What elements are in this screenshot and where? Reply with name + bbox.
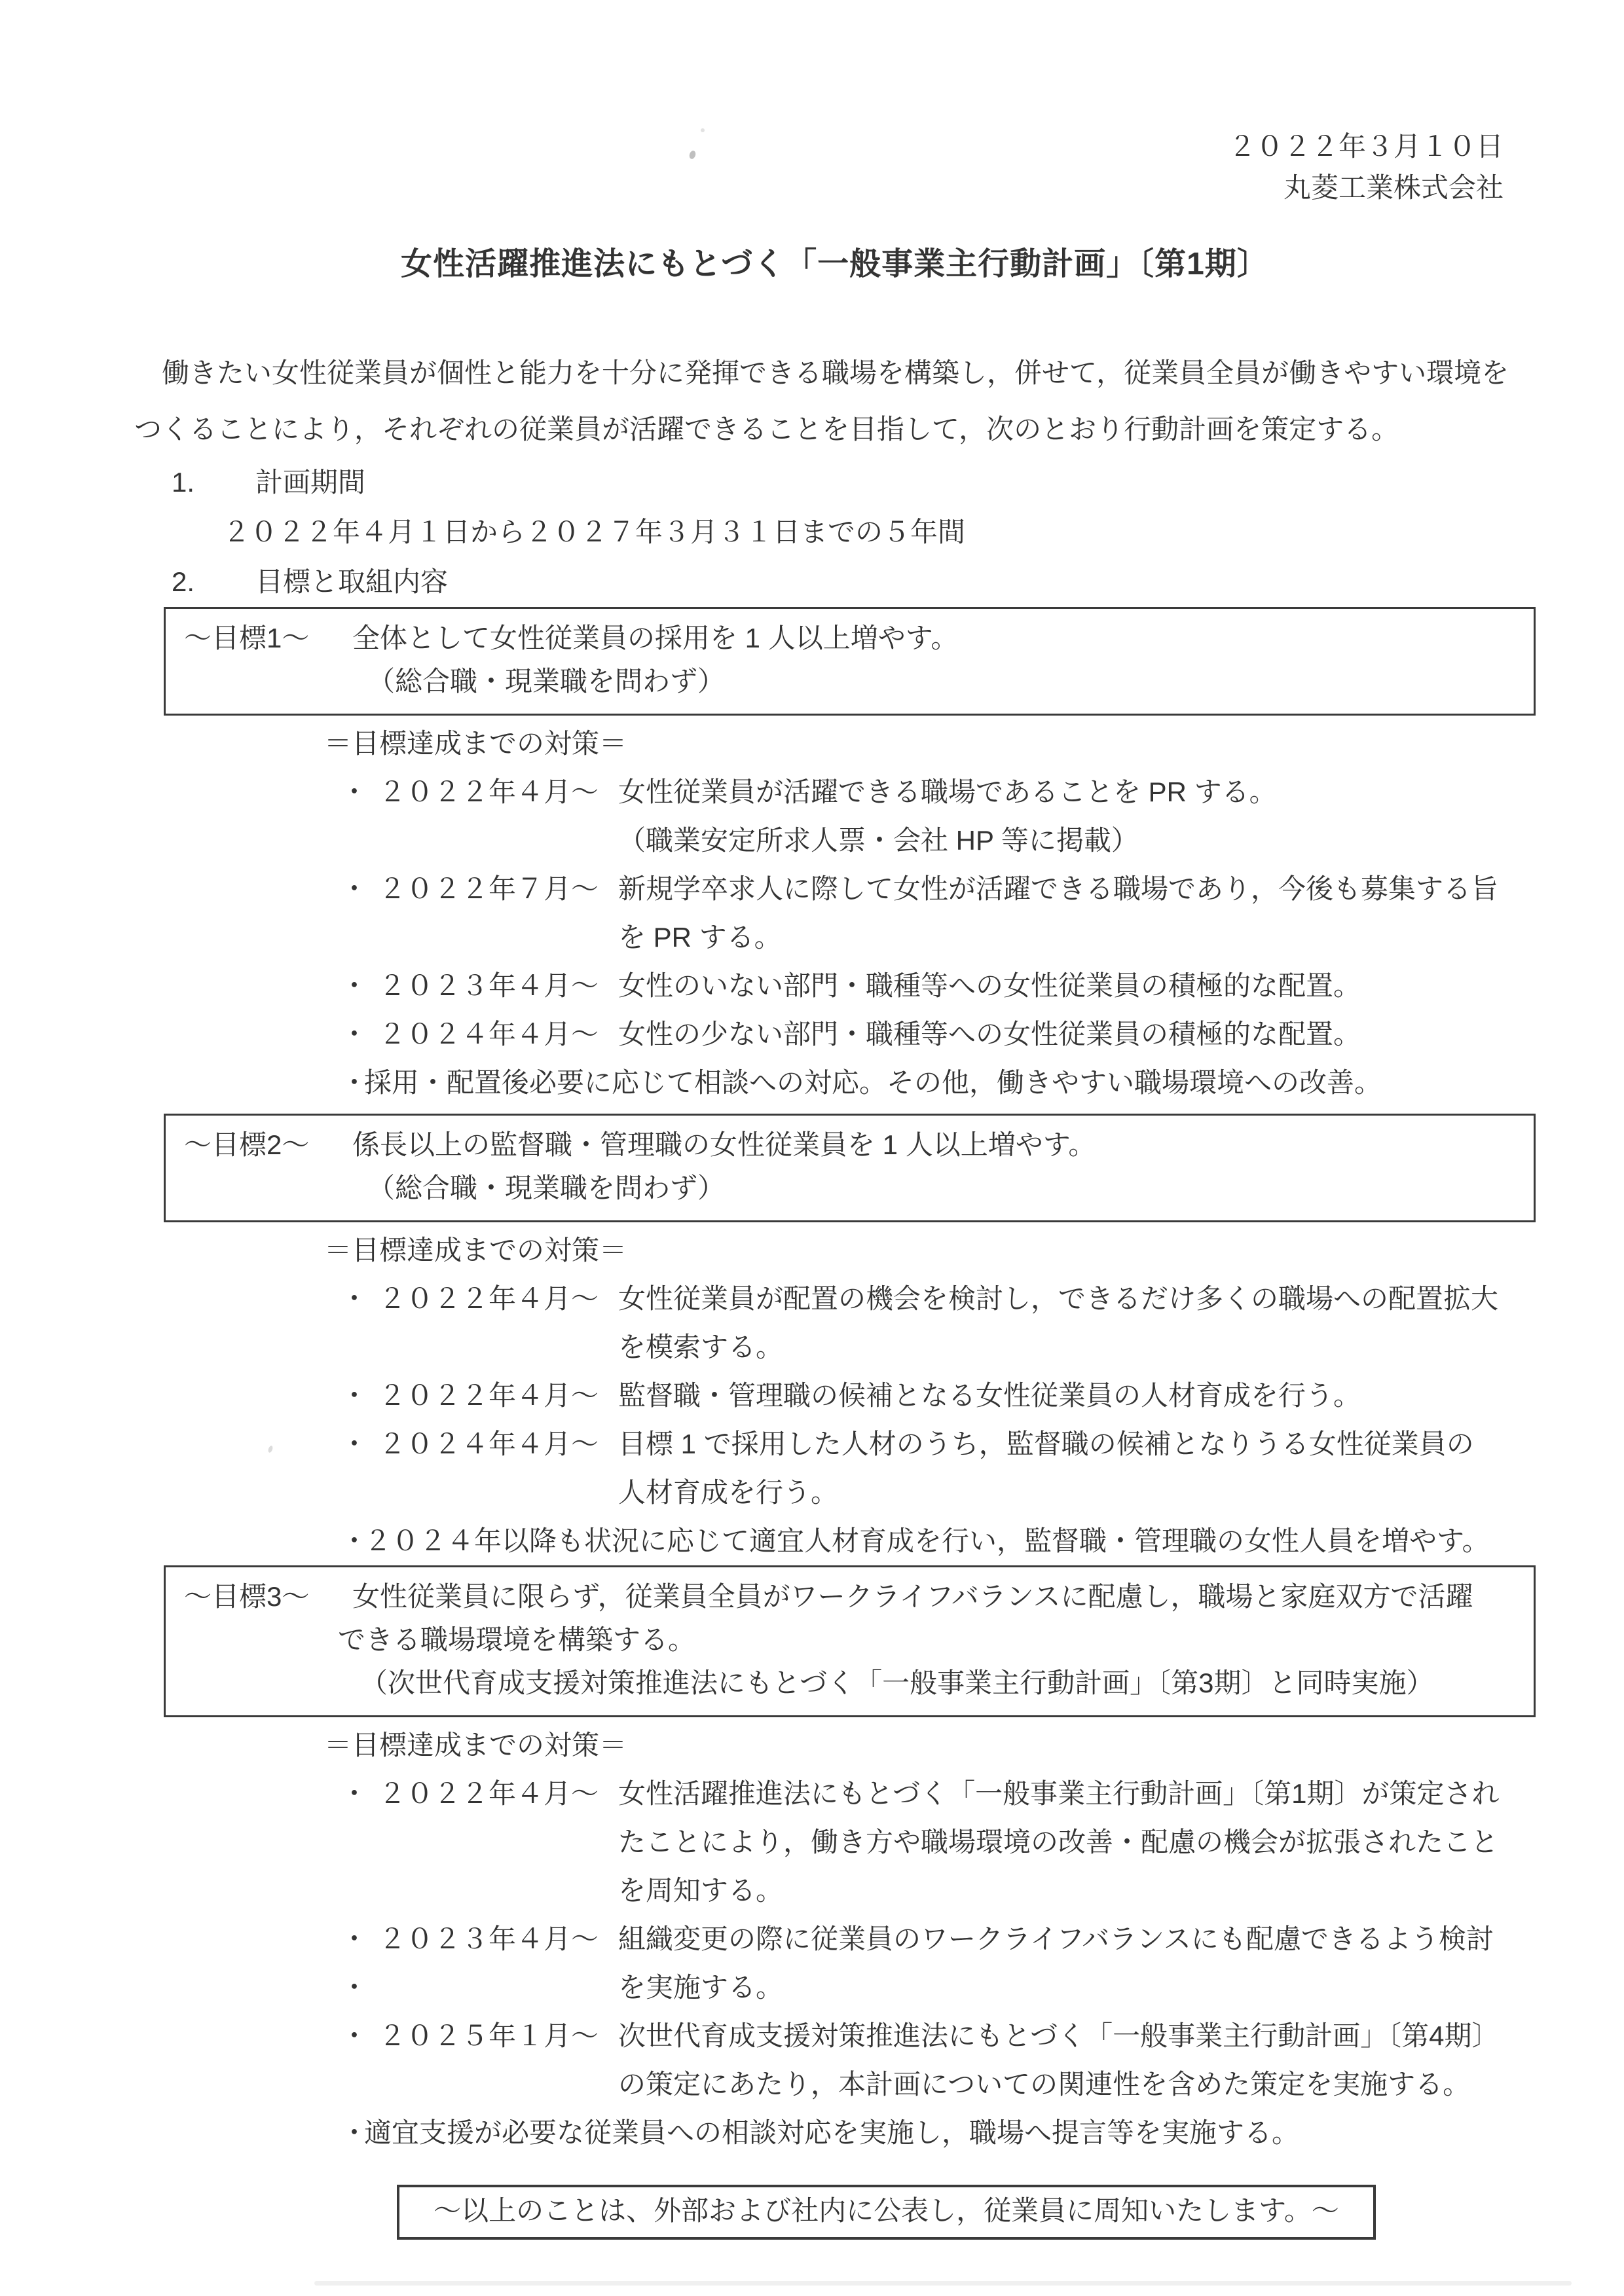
footer-notice-box: ～以上のことは、外部および社内に公表し，従業員に周知いたします。～ bbox=[397, 2185, 1376, 2240]
section-2-heading: 2. 目標と取組内容 bbox=[172, 557, 1624, 607]
goal-3-text: 女性従業員に限らず，従業員全員がワークライフバランスに配慮し，職場と家庭双方で活… bbox=[352, 1575, 1473, 1618]
measure-row: ・ ２０２２年４月～ 女性活躍推進法にもとづく「一般事業主行動計画」〔第1期〕が… bbox=[341, 1770, 1532, 1915]
measure-row: ・ ２０２４年４月～ 目標 1 で採用した人材のうち，監督職の候補となりうる女性… bbox=[341, 1420, 1532, 1517]
measure-text: 次世代育成支援対策推進法にもとづく「一般事業主行動計画」〔第4期〕 の策定にあた… bbox=[618, 2012, 1500, 2109]
measure-text: 女性従業員が配置の機会を検討し，できるだけ多くの職場への配置拡大 を模索する。 bbox=[618, 1275, 1498, 1372]
measure-date: ２０２３年４月～ bbox=[378, 962, 618, 1010]
measure-row: ・ 適宜支援が必要な従業員への相談対応を実施し，職場へ提言等を実施する。 bbox=[341, 2109, 1532, 2157]
goal-1-measures-list: ・ ２０２２年４月～ 女性従業員が活躍できる職場であることを PR する。 （職… bbox=[341, 768, 1532, 1107]
measure-text: 目標 1 で採用した人材のうち，監督職の候補となりうる女性従業員の 人材育成を行… bbox=[618, 1420, 1474, 1517]
measure-row: ・ ２０２２年４月～ 女性従業員が活躍できる職場であることを PR する。 （職… bbox=[341, 768, 1532, 865]
measure-date: ２０２２年４月～ bbox=[378, 1770, 618, 1915]
document-page: { "doc": { "date": "２０２２年３月１０日", "compan… bbox=[0, 0, 1624, 2296]
measure-row: ・ ２０２４年４月～ 女性の少ない部門・職種等への女性従業員の積極的な配置。 bbox=[341, 1010, 1532, 1059]
goal-2-label: ～目標2～ bbox=[184, 1123, 352, 1167]
bullet-marker: ・ bbox=[341, 1010, 378, 1059]
goal-2-text: 係長以上の監督職・管理職の女性従業員を 1 人以上増やす。 bbox=[352, 1123, 1096, 1167]
section-1-number: 1. bbox=[172, 458, 255, 507]
measure-date: ２０２５年１月～ bbox=[378, 2012, 618, 2109]
goal-1-text: 全体として女性従業員の採用を 1 人以上増やす。 bbox=[352, 617, 958, 660]
bullet-marker: ・ bbox=[341, 2012, 378, 2109]
measure-text: 女性のいない部門・職種等への女性従業員の積極的な配置。 bbox=[618, 962, 1361, 1010]
goal-2-line1: ～目標2～ 係長以上の監督職・管理職の女性従業員を 1 人以上増やす。 bbox=[184, 1123, 1521, 1167]
goal-2-measures-header: ＝目標達成までの対策＝ bbox=[324, 1226, 1624, 1275]
measure-text: 女性活躍推進法にもとづく「一般事業主行動計画」〔第1期〕が策定され たことにより… bbox=[618, 1770, 1500, 1915]
bullet-marker: ・ bbox=[341, 1517, 364, 1565]
bullet-marker: ・ bbox=[341, 1770, 378, 1915]
measure-text: 女性の少ない部門・職種等への女性従業員の積極的な配置。 bbox=[618, 1010, 1361, 1059]
bullet-marker: ・ ・ bbox=[341, 1915, 378, 2012]
section-1-label: 計画期間 bbox=[255, 458, 365, 507]
measure-date: ２０２２年４月～ bbox=[378, 768, 618, 865]
goal-1-box: ～目標1～ 全体として女性従業員の採用を 1 人以上増やす。 （総合職・現業職を… bbox=[164, 607, 1536, 716]
goal-2-line2: （総合職・現業職を問わず） bbox=[184, 1167, 1521, 1210]
goal-3-label: ～目標3～ bbox=[184, 1575, 352, 1618]
measure-row: ・ 採用・配置後必要に応じて相談への対応。その他，働きやすい職場環境への改善。 bbox=[341, 1059, 1532, 1107]
goal-3-box: ～目標3～ 女性従業員に限らず，従業員全員がワークライフバランスに配慮し，職場と… bbox=[164, 1565, 1536, 1717]
measure-row: ・ ２０２２年４月～ 女性従業員が配置の機会を検討し，できるだけ多くの職場への配… bbox=[341, 1275, 1532, 1372]
measure-text: ２０２４年以降も状況に応じて適宜人材育成を行い，監督職・管理職の女性人員を増やす… bbox=[364, 1517, 1490, 1565]
bullet-marker: ・ bbox=[341, 1275, 378, 1372]
measure-date: ２０２４年４月～ bbox=[378, 1010, 618, 1059]
document-header: ２０２２年３月１０日 丸菱工業株式会社 bbox=[0, 126, 1624, 208]
bullet-marker: ・ bbox=[341, 865, 378, 962]
measure-date: ２０２２年４月～ bbox=[378, 1372, 618, 1420]
plan-period-text: ２０２２年４月１日から２０２７年３月３１日までの５年間 bbox=[223, 507, 1624, 557]
measure-text: 採用・配置後必要に応じて相談への対応。その他，働きやすい職場環境への改善。 bbox=[364, 1059, 1382, 1107]
scan-speckle bbox=[267, 1445, 273, 1453]
goal-1-label: ～目標1～ bbox=[184, 617, 352, 660]
goal-3-measures-list: ・ ２０２２年４月～ 女性活躍推進法にもとづく「一般事業主行動計画」〔第1期〕が… bbox=[341, 1770, 1532, 2157]
section-2-label: 目標と取組内容 bbox=[255, 557, 448, 607]
measure-row: ・ ２０２５年１月～ 次世代育成支援対策推進法にもとづく「一般事業主行動計画」〔… bbox=[341, 2012, 1532, 2109]
measure-row: ・ ２０２４年以降も状況に応じて適宜人材育成を行い，監督職・管理職の女性人員を増… bbox=[341, 1517, 1532, 1565]
company-name: 丸菱工業株式会社 bbox=[0, 167, 1504, 208]
measure-date: ２０２４年４月～ bbox=[378, 1420, 618, 1517]
section-2-number: 2. bbox=[172, 557, 255, 607]
measure-text: 監督職・管理職の候補となる女性従業員の人材育成を行う。 bbox=[618, 1372, 1361, 1420]
goal-1-measures-header: ＝目標達成までの対策＝ bbox=[324, 720, 1624, 768]
goal-2-measures-list: ・ ２０２２年４月～ 女性従業員が配置の機会を検討し，できるだけ多くの職場への配… bbox=[341, 1275, 1532, 1565]
measure-text: 組織変更の際に従業員のワークライフバランスにも配慮できるよう検討 を実施する。 bbox=[618, 1915, 1494, 2012]
measure-text: 適宜支援が必要な従業員への相談対応を実施し，職場へ提言等を実施する。 bbox=[364, 2109, 1299, 2157]
section-1-heading: 1. 計画期間 bbox=[172, 458, 1624, 507]
goal-3-measures-header: ＝目標達成までの対策＝ bbox=[324, 1721, 1624, 1770]
scan-speckle bbox=[701, 128, 705, 132]
goal-1-line1: ～目標1～ 全体として女性従業員の採用を 1 人以上増やす。 bbox=[184, 617, 1521, 660]
document-date: ２０２２年３月１０日 bbox=[0, 126, 1504, 167]
bullet-marker: ・ bbox=[341, 1420, 378, 1517]
goal-2-box: ～目標2～ 係長以上の監督職・管理職の女性従業員を 1 人以上増やす。 （総合職… bbox=[164, 1114, 1536, 1222]
measure-row: ・ ・ ２０２３年４月～ 組織変更の際に従業員のワークライフバランスにも配慮でき… bbox=[341, 1915, 1532, 2012]
bullet-marker: ・ bbox=[341, 768, 378, 865]
measure-row: ・ ２０２２年４月～ 監督職・管理職の候補となる女性従業員の人材育成を行う。 bbox=[341, 1372, 1532, 1420]
goal-3-line2: できる職場環境を構築する。 bbox=[184, 1618, 1521, 1662]
goal-1-line2: （総合職・現業職を問わず） bbox=[184, 660, 1521, 703]
goal-3-line1: ～目標3～ 女性従業員に限らず，従業員全員がワークライフバランスに配慮し，職場と… bbox=[184, 1575, 1521, 1618]
measure-date: ２０２２年４月～ bbox=[378, 1275, 618, 1372]
measure-date: ２０２３年４月～ bbox=[378, 1915, 618, 2012]
measure-date: ２０２２年７月～ bbox=[378, 865, 618, 962]
measure-text: 新規学卒求人に際して女性が活躍できる職場であり，今後も募集する旨 を PR する… bbox=[618, 865, 1498, 962]
goal-3-line3: （次世代育成支援対策推進法にもとづく「一般事業主行動計画」〔第3期〕と同時実施） bbox=[184, 1662, 1521, 1705]
measure-text: 女性従業員が活躍できる職場であることを PR する。 （職業安定所求人票・会社 … bbox=[618, 768, 1277, 865]
bullet-marker: ・ bbox=[341, 1372, 378, 1420]
measure-row: ・ ２０２２年７月～ 新規学卒求人に際して女性が活躍できる職場であり，今後も募集… bbox=[341, 865, 1532, 962]
document-title: 女性活躍推進法にもとづく「一般事業主行動計画」〔第1期〕 bbox=[0, 238, 1624, 283]
intro-paragraph: 働きたい女性従業員が個性と能力を十分に発揮できる職場を構築し，併せて，従業員全員… bbox=[134, 345, 1526, 458]
bullet-marker: ・ bbox=[341, 1059, 364, 1107]
bullet-marker: ・ bbox=[341, 2109, 364, 2157]
scan-edge-noise bbox=[314, 2281, 1572, 2286]
measure-row: ・ ２０２３年４月～ 女性のいない部門・職種等への女性従業員の積極的な配置。 bbox=[341, 962, 1532, 1010]
bullet-marker: ・ bbox=[341, 962, 378, 1010]
